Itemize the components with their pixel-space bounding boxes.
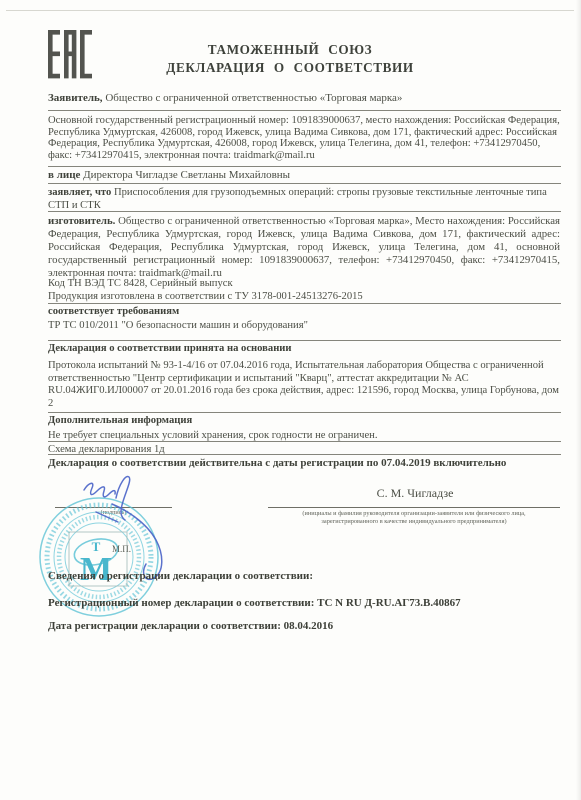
applicant-label: Заявитель, bbox=[48, 92, 103, 104]
declares-value: Приспособления для грузоподъемных операц… bbox=[48, 187, 547, 211]
title-line-1: ТАМОЖЕННЫЙ СОЮЗ bbox=[32, 41, 548, 59]
basis-heading: Декларация о соответствии принята на осн… bbox=[48, 343, 560, 355]
signature-right-caption: (инициалы и фамилия руководителя организ… bbox=[262, 510, 566, 525]
in-person-value: Директора Чигладзе Светланы Михайловны bbox=[83, 169, 290, 181]
scan-edge-line bbox=[6, 10, 574, 11]
title-line-2: ДЕКЛАРАЦИЯ О СООТВЕТСТВИИ bbox=[32, 59, 548, 77]
scan-edge-shadow bbox=[576, 0, 581, 800]
in-person-line: в лице Директора Чигладзе Светланы Михай… bbox=[48, 170, 560, 182]
section-divider bbox=[48, 454, 561, 455]
right-caption-line2: зарегистрированного в качестве индивидуа… bbox=[262, 518, 566, 526]
registration-info-heading: Сведения о регистрации декларации о соот… bbox=[48, 570, 560, 582]
document-title: ТАМОЖЕННЫЙ СОЮЗ ДЕКЛАРАЦИЯ О СООТВЕТСТВИ… bbox=[32, 41, 548, 77]
manufacturer-value: Общество с ограниченной ответственностью… bbox=[48, 215, 560, 279]
registration-number-line: Регистрационный номер декларации о соотв… bbox=[48, 597, 560, 609]
signature-line-right bbox=[268, 507, 560, 508]
manufacturer-label: изготовитель. bbox=[48, 215, 115, 227]
signatory-name: С. М. Чигладзе bbox=[270, 486, 560, 501]
section-divider bbox=[48, 183, 561, 184]
conforms-heading: соответствует требованиям bbox=[48, 306, 560, 318]
basis-text: Протокола испытаний № 93-1-4/16 от 07.04… bbox=[48, 360, 560, 410]
declares-line: заявляет, что Приспособления для грузопо… bbox=[48, 187, 560, 212]
validity-text: Декларация о соответствии действительна … bbox=[48, 457, 506, 469]
applicant-value: Общество с ограниченной ответственностью… bbox=[105, 92, 402, 104]
section-divider bbox=[48, 166, 561, 167]
in-person-label: в лице bbox=[48, 169, 80, 181]
conforms-regulation: ТР ТС 010/2011 "О безопасности машин и о… bbox=[48, 320, 560, 332]
section-divider bbox=[48, 110, 561, 111]
tnved-code-line: Код ТН ВЭД ТС 8428, Серийный выпуск bbox=[48, 278, 560, 290]
section-divider bbox=[48, 211, 561, 212]
stamp-place-label: М.П. bbox=[112, 544, 146, 554]
conforms-label: соответствует требованиям bbox=[48, 306, 179, 317]
section-divider bbox=[48, 412, 561, 413]
additional-info-heading: Дополнительная информация bbox=[48, 415, 560, 427]
section-divider bbox=[48, 441, 561, 442]
section-divider bbox=[48, 340, 561, 341]
registration-date-line: Дата регистрации декларации о соответств… bbox=[48, 620, 560, 632]
manufacturer-block: изготовитель. Общество с ограниченной от… bbox=[48, 215, 560, 280]
additional-info-label: Дополнительная информация bbox=[48, 415, 192, 426]
validity-line: Декларация о соответствии действительна … bbox=[48, 458, 560, 470]
applicant-line: Заявитель, Общество с ограниченной ответ… bbox=[48, 93, 560, 105]
basis-label: Декларация о соответствии принята на осн… bbox=[48, 343, 292, 354]
section-divider bbox=[48, 303, 561, 304]
applicant-details: Основной государственный регистрационный… bbox=[48, 115, 560, 162]
declares-label: заявляет, что bbox=[48, 187, 111, 198]
right-caption-line1: (инициалы и фамилия руководителя организ… bbox=[262, 510, 566, 518]
product-standard-line: Продукция изготовлена в соответствии с Т… bbox=[48, 291, 560, 303]
